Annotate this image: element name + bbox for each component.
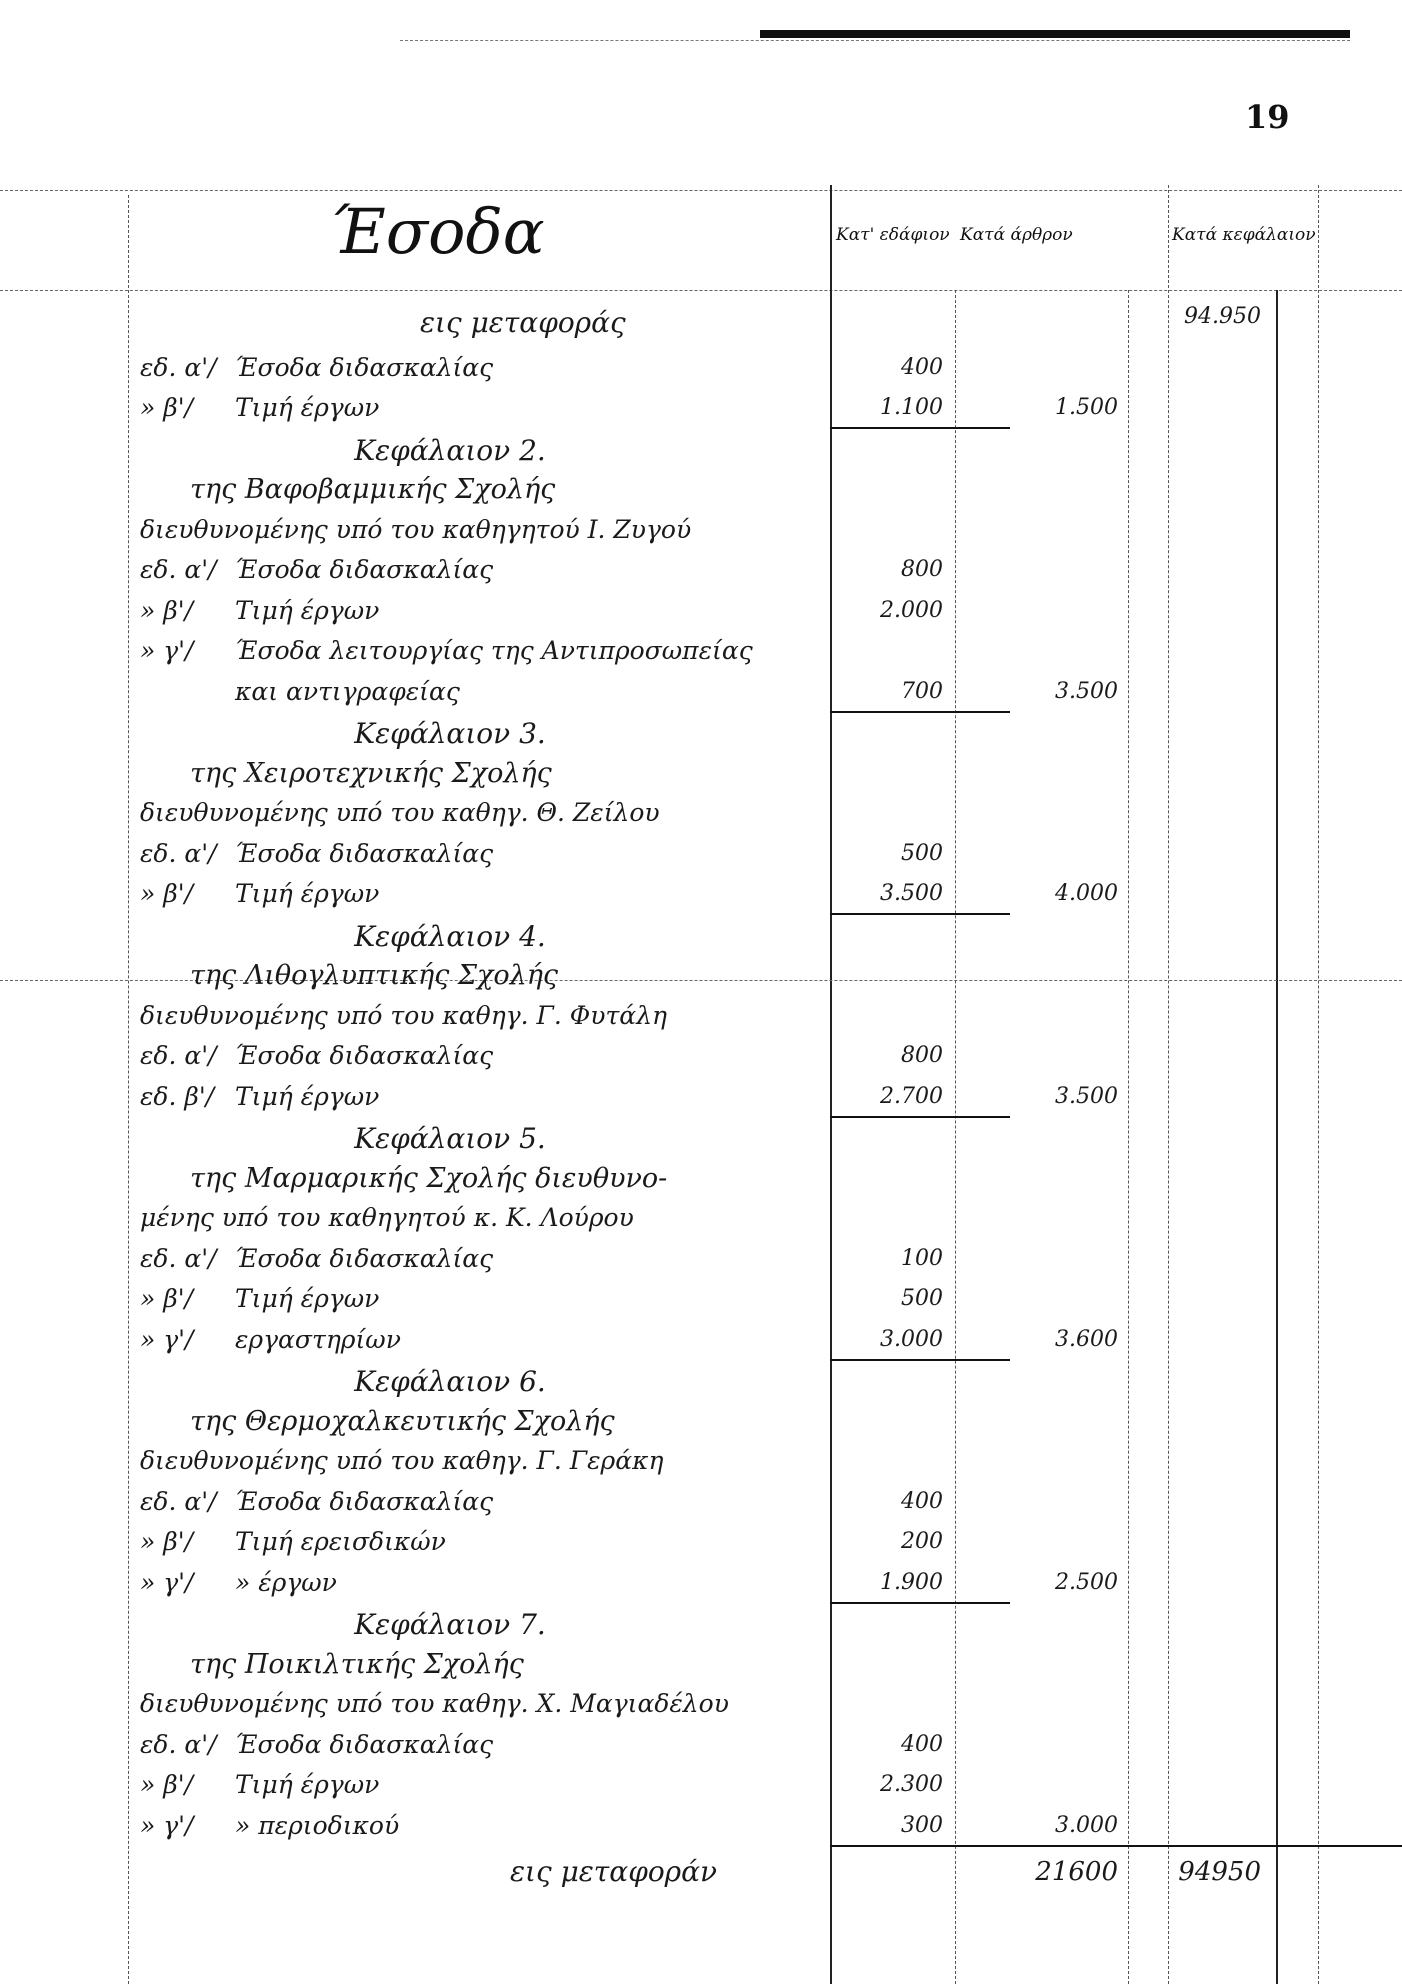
item-label: Έσοδα διδασκαλίας	[235, 839, 493, 868]
item-amount: 200	[815, 1529, 943, 1554]
item-amount: 500	[815, 1286, 943, 1311]
header-top-rule	[0, 190, 1402, 191]
chapter-school: της Χειροτεχνικής Σχολής	[190, 758, 552, 789]
item-amount: 400	[815, 355, 943, 380]
item-prefix: εδ. α'/	[140, 1041, 217, 1070]
item-prefix: » β'/	[140, 1770, 193, 1799]
item-prefix: » β'/	[140, 1527, 193, 1556]
item-label: Τιμή έργων	[235, 393, 379, 422]
chapter-title: Κεφάλαιον 6.	[300, 1365, 600, 1398]
item-label: Τιμή έργων	[235, 596, 379, 625]
subtotal-rule	[830, 1602, 1010, 1604]
item-label: Τιμή έργων	[235, 879, 379, 908]
footer-chapter-total: 94950	[1126, 1857, 1261, 1887]
item-label: Τιμή έργων	[235, 1284, 379, 1313]
carried-forward-chapter-total: 94.950	[1126, 304, 1261, 329]
column-rule-chapter	[1276, 290, 1278, 1984]
column-header-article: Κατά άρθρον	[960, 225, 1073, 245]
column-header-item: Κατ' εδάφιον	[836, 225, 950, 245]
item-label: εργαστηρίων	[235, 1325, 401, 1354]
column-rule-item-sep	[955, 290, 956, 1984]
item-label: Τιμή έργων	[235, 1082, 379, 1111]
item-label: » περιοδικού	[235, 1811, 399, 1840]
article-amount: 4.000	[968, 881, 1118, 906]
item-prefix: εδ. α'/	[140, 1730, 217, 1759]
item-prefix: » γ'/	[140, 1811, 193, 1840]
footer-rule	[830, 1845, 1402, 1847]
item-prefix: » β'/	[140, 879, 193, 908]
chapter-director: διευθυνομένης υπό του καθηγ. Χ. Μαγιαδέλ…	[140, 1689, 729, 1718]
column-rule-article	[1128, 290, 1129, 1984]
item-amount: 400	[815, 1489, 943, 1514]
chapter-school: της Θερμοχαλκευτικής Σχολής	[190, 1406, 615, 1437]
column-rule-article-sep	[1168, 185, 1169, 1984]
chapter-school: της Ποικιλτικής Σχολής	[190, 1649, 524, 1680]
chapter-title: Κεφάλαιον 5.	[300, 1122, 600, 1155]
item-prefix: » β'/	[140, 1284, 193, 1313]
carried-forward-label: εις μεταφοράς	[420, 306, 626, 339]
chapter-title: Κεφάλαιον 4.	[300, 920, 600, 953]
item-prefix: εδ. β'/	[140, 1082, 214, 1111]
item-amount: 100	[815, 1246, 943, 1271]
item-label: Έσοδα διδασκαλίας	[235, 1041, 493, 1070]
chapter-title: Κεφάλαιον 2.	[300, 434, 600, 467]
chapter-director: διευθυνομένης υπό του καθηγ. Γ. Φυτάλη	[140, 1001, 667, 1030]
chapter-director: διευθυνομένης υπό του καθηγ. Θ. Ζείλου	[140, 798, 660, 827]
item-prefix: εδ. α'/	[140, 353, 217, 382]
item-amount: 2.000	[815, 598, 943, 623]
subtotal-rule	[830, 1116, 1010, 1118]
subtotal-rule	[830, 711, 1010, 713]
item-prefix: εδ. α'/	[140, 1487, 217, 1516]
item-amount: 1.900	[815, 1570, 943, 1595]
item-label: Έσοδα διδασκαλίας	[235, 1244, 493, 1273]
item-prefix: » γ'/	[140, 1325, 193, 1354]
item-label: Τιμή ερεισδικών	[235, 1527, 446, 1556]
chapter-school: της Λιθογλυπτικής Σχολής	[190, 960, 558, 991]
item-amount: 700	[815, 679, 943, 704]
item-prefix: » γ'/	[140, 1568, 193, 1597]
chapter-title: Κεφάλαιον 3.	[300, 717, 600, 750]
page-number: 19	[1245, 98, 1290, 136]
item-amount: 500	[815, 841, 943, 866]
item-prefix: εδ. α'/	[140, 555, 217, 584]
item-label: Έσοδα διδασκαλίας	[235, 1487, 493, 1516]
chapter-school: της Μαρμαρικής Σχολής διευθυνο-	[190, 1163, 667, 1194]
header-bottom-rule	[0, 290, 1402, 291]
item-amount: 1.100	[815, 395, 943, 420]
chapter-title: Κεφάλαιον 7.	[300, 1608, 600, 1641]
subtotal-rule	[830, 1359, 1010, 1361]
footer-article-total: 21600	[968, 1857, 1118, 1887]
item-amount: 400	[815, 1732, 943, 1757]
item-amount: 2.700	[815, 1084, 943, 1109]
subtotal-rule	[830, 913, 1010, 915]
column-header-chapter: Κατά κεφάλαιον	[1172, 225, 1316, 245]
item-amount: 800	[815, 557, 943, 582]
article-amount: 3.500	[968, 679, 1118, 704]
subtotal-rule	[830, 427, 1010, 429]
article-amount: 1.500	[968, 395, 1118, 420]
item-amount: 3.000	[815, 1327, 943, 1352]
article-amount: 2.500	[968, 1570, 1118, 1595]
item-prefix: » β'/	[140, 393, 193, 422]
item-prefix: » γ'/	[140, 636, 193, 665]
item-label: Τιμή έργων	[235, 1770, 379, 1799]
top-rule-dashed	[400, 40, 1350, 41]
article-amount: 3.500	[968, 1084, 1118, 1109]
item-label: και αντιγραφείας	[235, 677, 460, 706]
page-title: Έσοδα	[330, 195, 545, 268]
item-label: » έργων	[235, 1568, 337, 1597]
top-rule-bar	[760, 30, 1350, 38]
chapter-director: μένης υπό του καθηγητού κ. Κ. Λούρου	[140, 1203, 634, 1232]
article-amount: 3.000	[968, 1813, 1118, 1838]
article-amount: 3.600	[968, 1327, 1118, 1352]
item-label: Έσοδα διδασκαλίας	[235, 353, 493, 382]
column-rule-right	[1318, 185, 1319, 1984]
chapter-director: διευθυνομένης υπό του καθηγητού Ι. Ζυγού	[140, 515, 691, 544]
item-label: Έσοδα διδασκαλίας	[235, 555, 493, 584]
item-amount: 3.500	[815, 881, 943, 906]
item-prefix: » β'/	[140, 596, 193, 625]
item-amount: 2.300	[815, 1772, 943, 1797]
footer-label: εις μεταφοράν	[510, 1855, 717, 1888]
chapter-school: της Βαφοβαμμικής Σχολής	[190, 474, 555, 505]
item-prefix: εδ. α'/	[140, 839, 217, 868]
left-margin-rule	[128, 195, 129, 1984]
item-prefix: εδ. α'/	[140, 1244, 217, 1273]
item-amount: 300	[815, 1813, 943, 1838]
item-amount: 800	[815, 1043, 943, 1068]
chapter-director: διευθυνομένης υπό του καθηγ. Γ. Γεράκη	[140, 1446, 664, 1475]
item-label: Έσοδα διδασκαλίας	[235, 1730, 493, 1759]
item-label: Έσοδα λειτουργίας της Αντιπροσωπείας	[235, 636, 753, 665]
